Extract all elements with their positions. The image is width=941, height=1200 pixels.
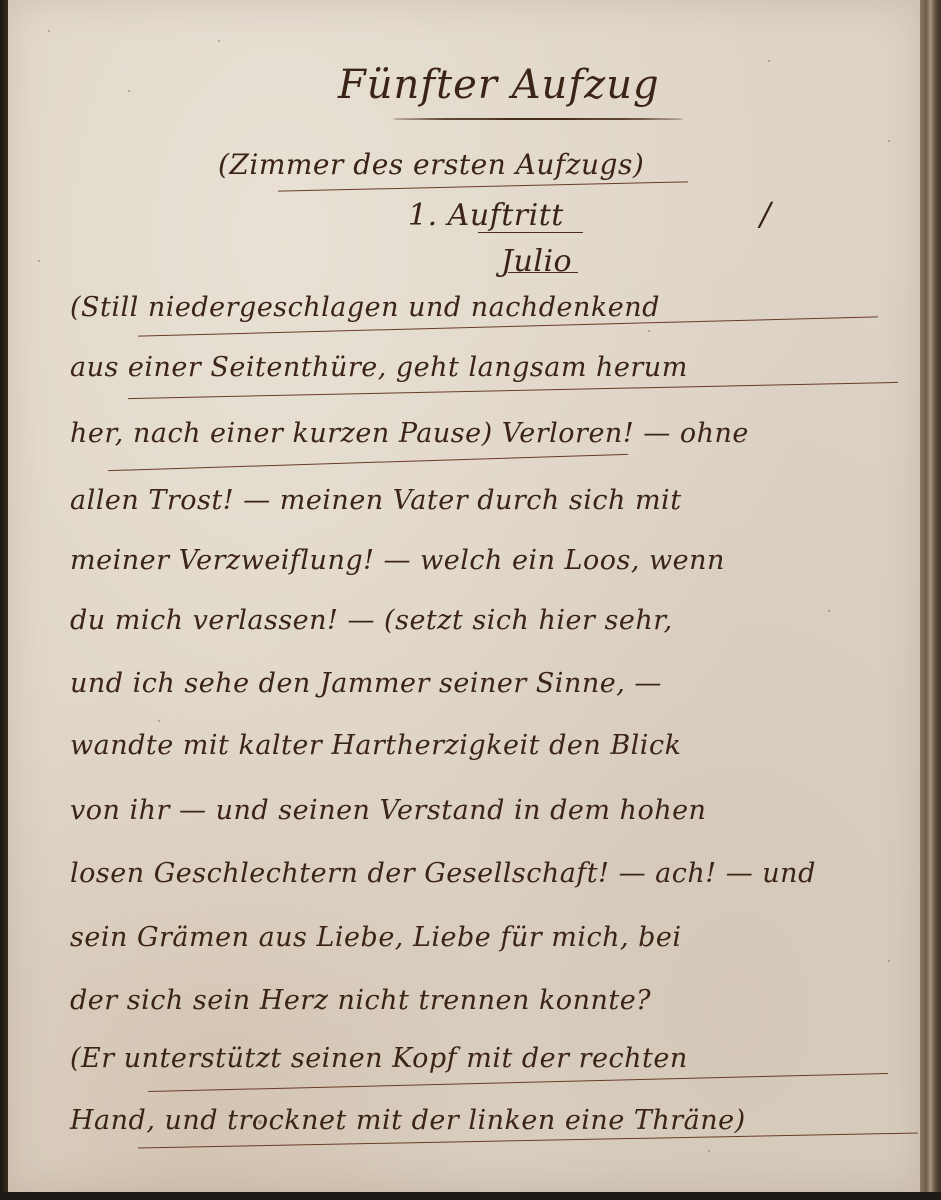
page-bottom-edge	[0, 1192, 941, 1200]
text-line: (Er unterstützt seinen Kopf mit der rech…	[70, 1043, 688, 1074]
text-line: meiner Verzweiflung! — welch ein Loos, w…	[70, 545, 725, 576]
text-line: und ich sehe den Jammer seiner Sinne, —	[70, 668, 662, 699]
page-left-edge	[0, 0, 8, 1200]
text-line: (Still niedergeschlagen und nachdenkend	[70, 292, 660, 323]
title-underline	[393, 118, 683, 120]
text-line: aus einer Seitenthüre, geht langsam heru…	[70, 352, 688, 383]
speaker-name: Julio	[501, 244, 572, 279]
scene-number-underline	[478, 232, 583, 233]
scene-setting: (Zimmer des ersten Aufzugs)	[218, 148, 644, 181]
line-underline	[148, 1073, 888, 1092]
text-line: her, nach einer kurzen Pause) Verloren! …	[70, 418, 749, 449]
manuscript-page: Fünfter Aufzug (Zimmer des ersten Aufzug…	[8, 0, 920, 1192]
scene-marker: /	[760, 195, 771, 233]
text-line: du mich verlassen! — (setzt sich hier se…	[70, 605, 673, 636]
line-underline	[108, 454, 628, 471]
line-underline	[128, 382, 898, 399]
text-line: der sich sein Herz nicht trennen konnte?	[70, 985, 651, 1016]
text-line: von ihr — und seinen Verstand in dem hoh…	[70, 795, 706, 826]
scene-number: 1. Auftritt	[408, 198, 564, 233]
text-line: Hand, und trocknet mit der linken eine T…	[70, 1105, 746, 1136]
scene-setting-underline	[278, 181, 688, 191]
book-binding-edge	[920, 0, 941, 1200]
text-line: wandte mit kalter Hartherzigkeit den Bli…	[70, 730, 681, 761]
act-title: Fünfter Aufzug	[338, 62, 660, 108]
text-line: losen Geschlechtern der Gesellschaft! — …	[70, 858, 816, 889]
speaker-underline	[508, 272, 578, 273]
text-line: sein Grämen aus Liebe, Liebe für mich, b…	[70, 922, 682, 953]
text-line: allen Trost! — meinen Vater durch sich m…	[70, 485, 682, 516]
